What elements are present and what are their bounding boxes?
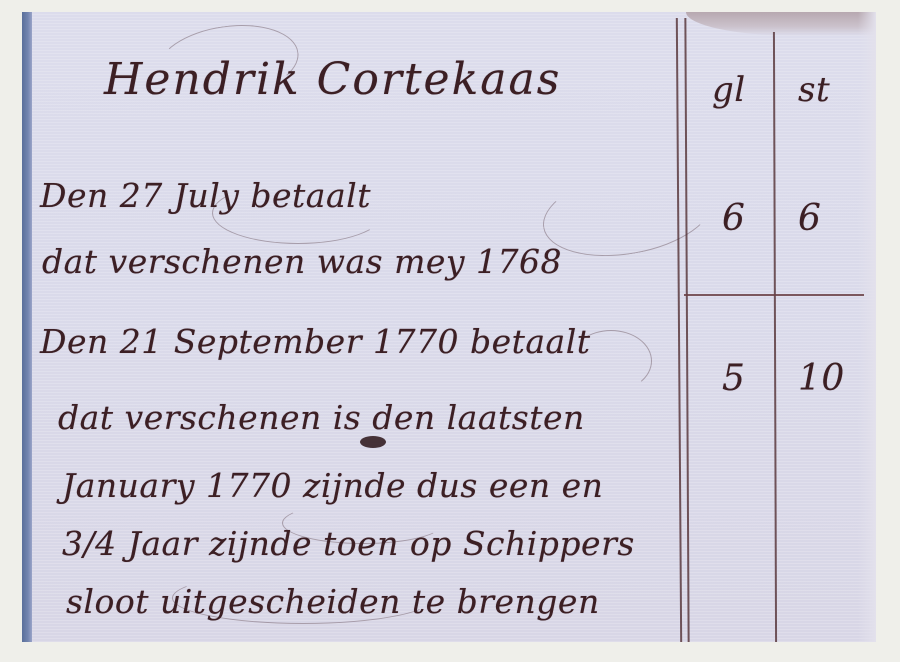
entry-2-guilders: 5 bbox=[722, 358, 745, 399]
entry-1-stuivers: 6 bbox=[798, 198, 821, 239]
column-header-stuivers: st bbox=[798, 70, 830, 110]
page-right-edge bbox=[858, 12, 876, 642]
column-header-guilders: gl bbox=[712, 70, 746, 110]
book-spine-edge bbox=[22, 12, 32, 642]
flourish-betaalt-1 bbox=[536, 158, 720, 269]
ledger-page: Hendrik Cortekaas gl st Den 27 July beta… bbox=[22, 12, 876, 642]
entry-1-guilders: 6 bbox=[722, 198, 745, 239]
entry-separator-rule bbox=[684, 294, 864, 296]
account-holder-name: Hendrik Cortekaas bbox=[104, 54, 561, 105]
entry-2-line-3: January 1770 zijnde dus een en bbox=[62, 466, 603, 505]
entry-1-line-1: Den 27 July betaalt bbox=[40, 176, 371, 215]
column-rule-left-2 bbox=[684, 18, 689, 642]
page-torn-corner bbox=[686, 12, 876, 36]
column-rule-middle bbox=[773, 32, 777, 642]
entry-1-line-2: dat verschenen was mey 1768 bbox=[42, 242, 562, 281]
entry-2-stuivers: 10 bbox=[798, 358, 845, 399]
entry-2-line-1: Den 21 September 1770 betaalt bbox=[40, 322, 591, 361]
entry-2-line-2: dat verschenen is den laatsten bbox=[58, 398, 585, 437]
photo-frame: Hendrik Cortekaas gl st Den 27 July beta… bbox=[0, 0, 900, 662]
ink-blot bbox=[360, 436, 386, 448]
entry-2-line-5: sloot uitgescheiden te brengen bbox=[66, 582, 600, 621]
column-rule-left-1 bbox=[676, 18, 682, 642]
entry-2-line-4: 3/4 Jaar zijnde toen op Schippers bbox=[62, 524, 635, 563]
